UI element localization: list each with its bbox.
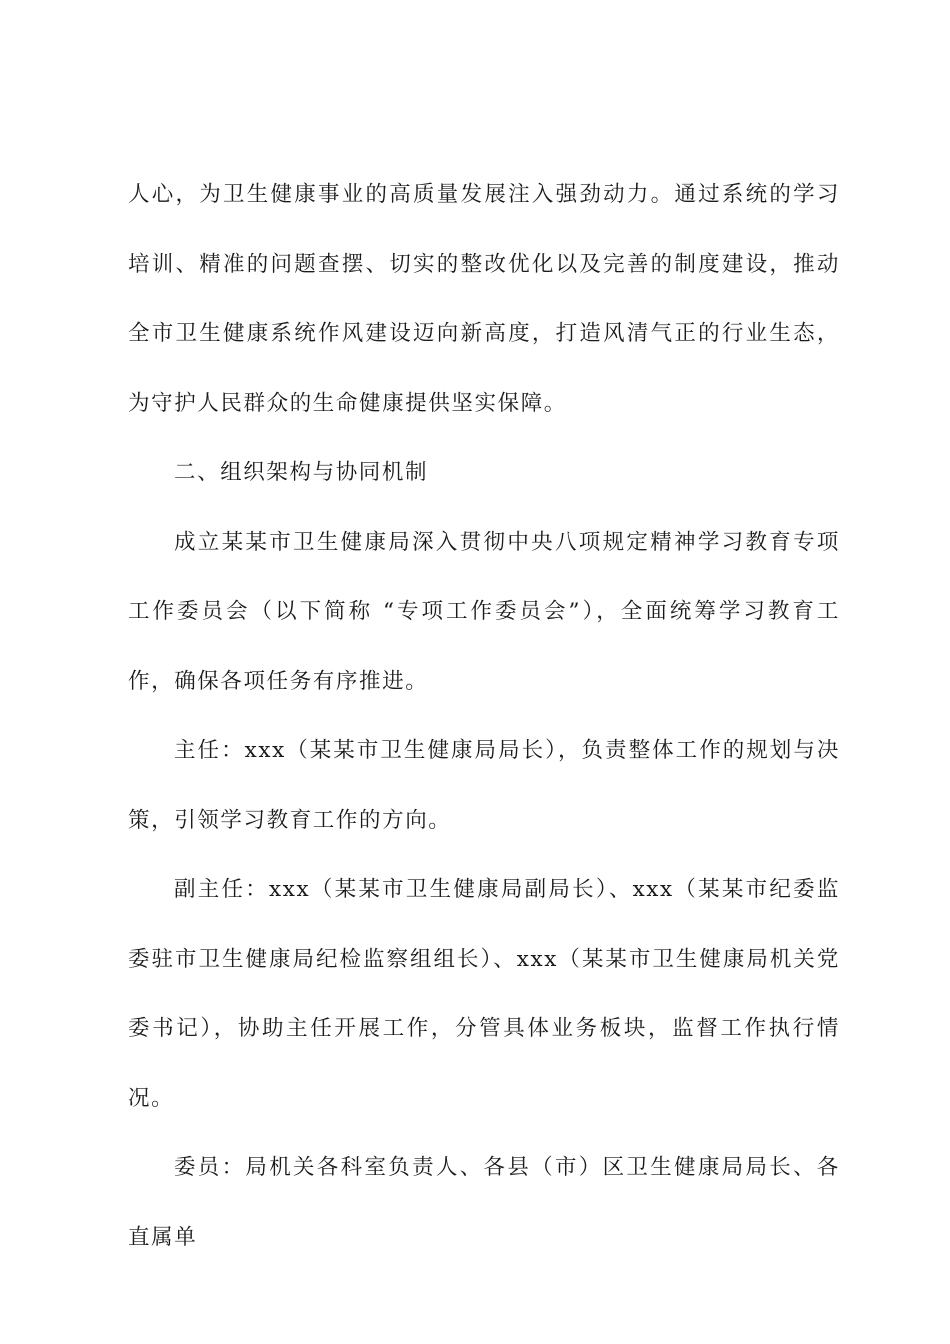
paragraph-committee-establishment: 成立某某市卫生健康局深入贯彻中央八项规定精神学习教育专项工作委员会（以下简称 “… — [128, 508, 840, 717]
paragraph-conclusion-continued: 人心，为卫生健康事业的高质量发展注入强劲动力。通过系统的学习培训、精准的问题查摆… — [128, 160, 840, 438]
paragraph-members: 委员：局机关各科室负责人、各县（市）区卫生健康局局长、各直属单 — [128, 1133, 840, 1272]
document-page: 人心，为卫生健康事业的高质量发展注入强劲动力。通过系统的学习培训、精准的问题查摆… — [128, 160, 840, 1272]
paragraph-deputy-directors: 副主任：xxx（某某市卫生健康局副局长）、xxx（某某市纪委监委驻市卫生健康局纪… — [128, 855, 840, 1133]
paragraph-director: 主任：xxx（某某市卫生健康局局长），负责整体工作的规划与决策，引领学习教育工作… — [128, 716, 840, 855]
section-heading-organization: 二、组织架构与协同机制 — [128, 438, 840, 508]
